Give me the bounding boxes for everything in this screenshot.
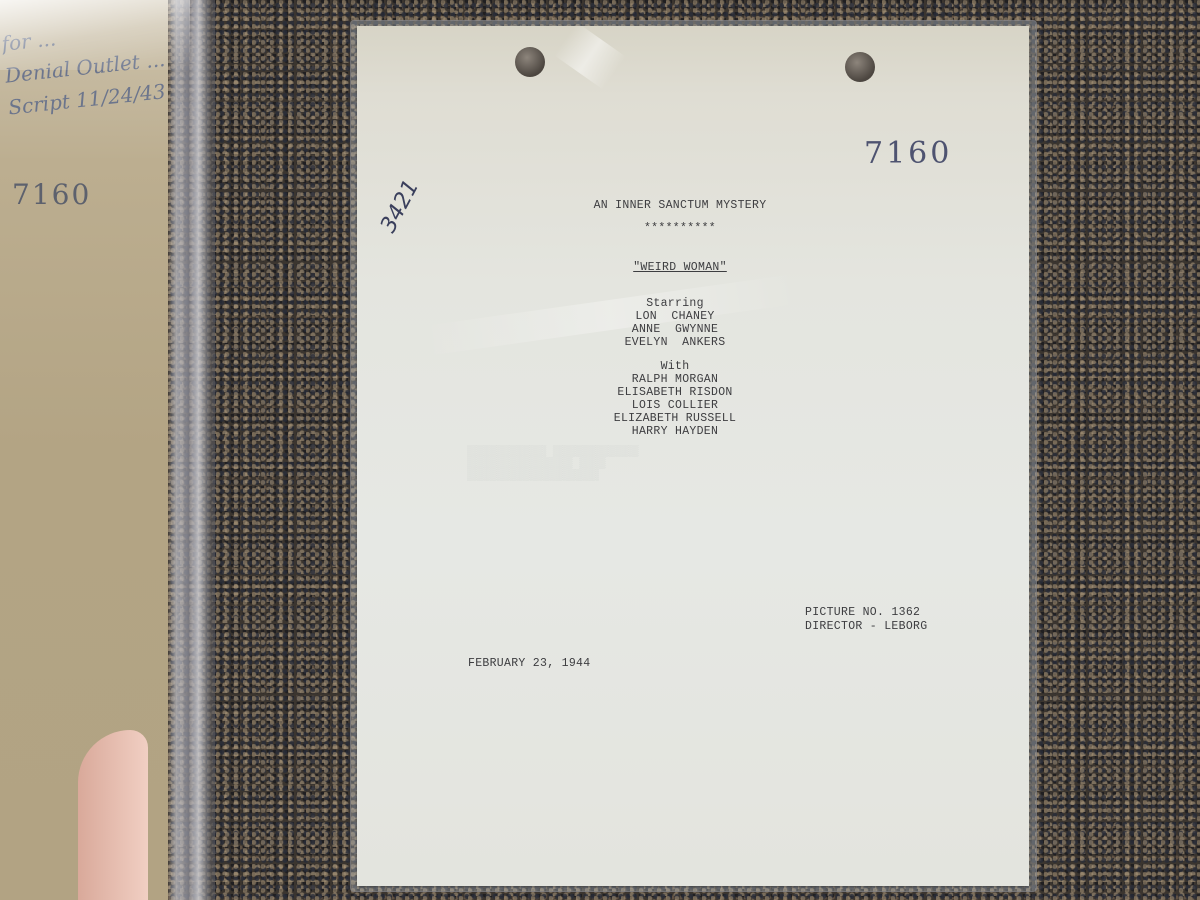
cast-name: LOIS COLLIER [575,400,775,413]
star-name: ANNE GWYNNE [575,324,775,337]
cast-name: ELIZABETH RUSSELL [575,413,775,426]
star-name: LON CHANEY [575,311,775,324]
director: DIRECTOR - LEBORG [805,621,927,634]
starring-label: Starring [575,298,775,311]
series-title: AN INNER SANCTUM MYSTERY [560,200,800,213]
star-name: EVELYN ANKERS [575,337,775,350]
brad-fastener [845,52,875,82]
cast-name: HARRY HAYDEN [575,426,775,439]
brad-fastener [515,47,545,77]
picture-number: PICTURE NO. 1362 [805,607,920,620]
cast-name: RALPH MORGAN [575,374,775,387]
sleeve-glare [0,0,190,70]
stamped-number: 7160 [864,136,952,171]
cast-name: ELISABETH RISDON [575,387,775,400]
with-label: With [575,361,775,374]
divider: ********** [560,223,800,236]
film-title: "WEIRD WOMAN" [560,262,800,275]
script-date: FEBRUARY 23, 1944 [468,658,590,671]
bleed-through-text: ▒▒▒▒▒▒▒▒▒▒▒▒ ▒▒▒▒▒▒▒▒▒▒▒▒▒ ▒▒▒▒▒▒▒▒▒▒▒▒▒… [467,446,639,482]
left-plastic-sleeve [0,0,215,900]
